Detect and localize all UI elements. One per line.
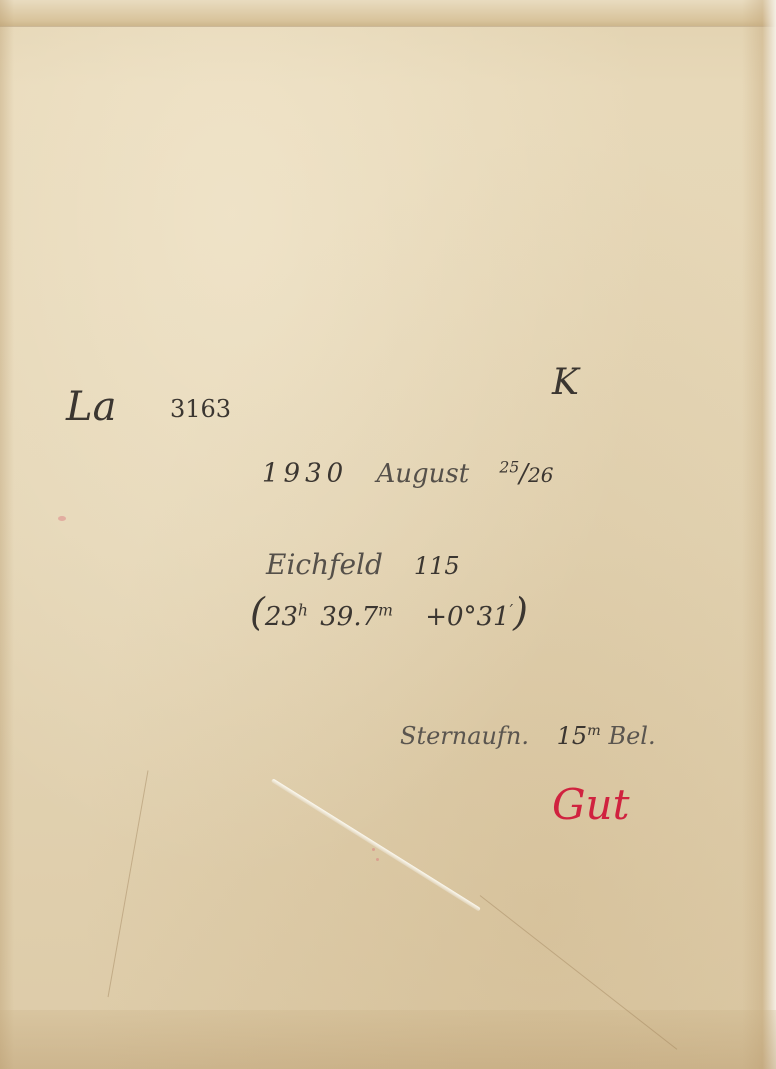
exposure-suffix: Bel. (608, 722, 655, 750)
field-name: Eichfeld (266, 548, 383, 581)
declination: +0°31 (425, 602, 509, 632)
date-days: 25/26 (499, 459, 553, 489)
red-speck (376, 858, 379, 861)
exposure-type: Sternaufn. (400, 722, 529, 750)
red-speck (372, 848, 375, 851)
date-month: August (376, 459, 469, 489)
field-number: 115 (414, 552, 460, 580)
mark-k: K (552, 362, 579, 403)
diagonal-crease (271, 778, 481, 911)
red-speck (58, 516, 66, 521)
field-line: Eichfeld 115 (266, 548, 460, 581)
exposure-note: Sternaufn. 15m Bel. (400, 722, 656, 750)
top-fold (0, 0, 776, 27)
envelope-sheet: La 3163 K 1930 August 25/26 Eichfeld 115… (0, 0, 776, 1069)
exposure-time: 15m (557, 722, 609, 750)
observation-date: 1930 August 25/26 (262, 458, 553, 489)
left-fold-line (108, 770, 149, 997)
date-year: 1930 (262, 459, 348, 489)
plate-prefix: La (66, 384, 116, 430)
ra-hours: 23 (265, 602, 298, 632)
ra-minutes: 39.7 (320, 602, 378, 632)
plate-id: La (66, 384, 116, 430)
quality-rating: Gut (552, 780, 629, 829)
bottom-fold (0, 1010, 776, 1069)
right-edge-wear (742, 0, 776, 1069)
left-edge-wear (0, 0, 14, 1069)
coordinates-line: (23h 39.7m +0°31′) (250, 590, 528, 634)
plate-number: 3163 (170, 395, 231, 423)
